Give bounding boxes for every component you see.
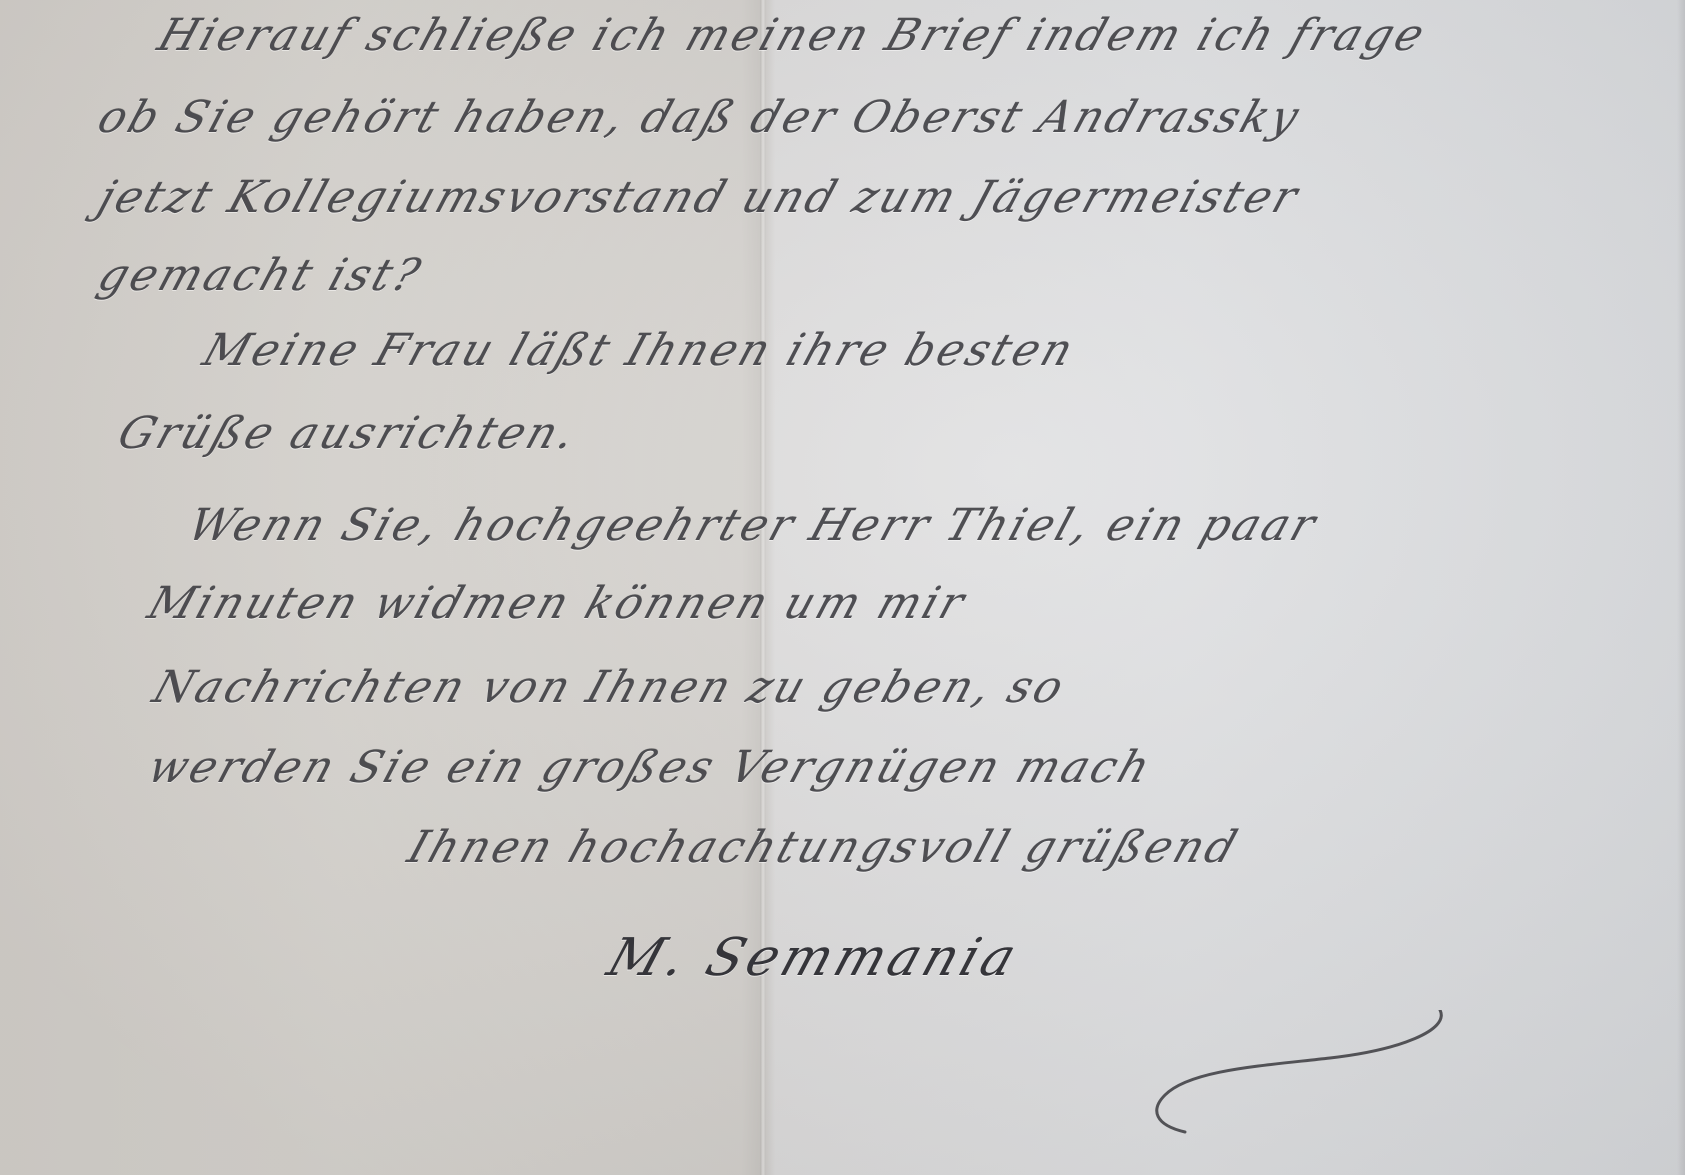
letter-line-5: Meine Frau läßt Ihnen ihre besten — [197, 325, 1082, 376]
letter-line-7: Wenn Sie, hochgeehrter Herr Thiel, ein p… — [182, 500, 1325, 551]
letter-line-6: Grüße ausrichten. — [112, 408, 585, 459]
signature: M. Semmania — [600, 928, 1027, 988]
letter-line-4: gemacht ist? — [92, 250, 429, 301]
paper-edge — [1677, 0, 1685, 1175]
letter-line-1: Hierauf schließe ich meinen Brief indem … — [152, 10, 1434, 61]
letter-line-10: werden Sie ein großes Vergnügen mach — [142, 742, 1159, 793]
letter-line-9: Nachrichten von Ihnen zu geben, so — [147, 662, 1073, 713]
letter-line-8: Minuten widmen können um mir — [142, 578, 973, 629]
signature-flourish-icon — [1150, 1010, 1470, 1140]
letter-line-3: jetzt Kollegiumsvorstand und zum Jägerme… — [92, 172, 1307, 223]
letter-page: Hierauf schließe ich meinen Brief indem … — [0, 0, 1685, 1175]
letter-line-11: Ihnen hochachtungsvoll grüßend — [402, 822, 1246, 873]
letter-line-2: ob Sie gehört haben, daß der Oberst Andr… — [92, 92, 1308, 143]
